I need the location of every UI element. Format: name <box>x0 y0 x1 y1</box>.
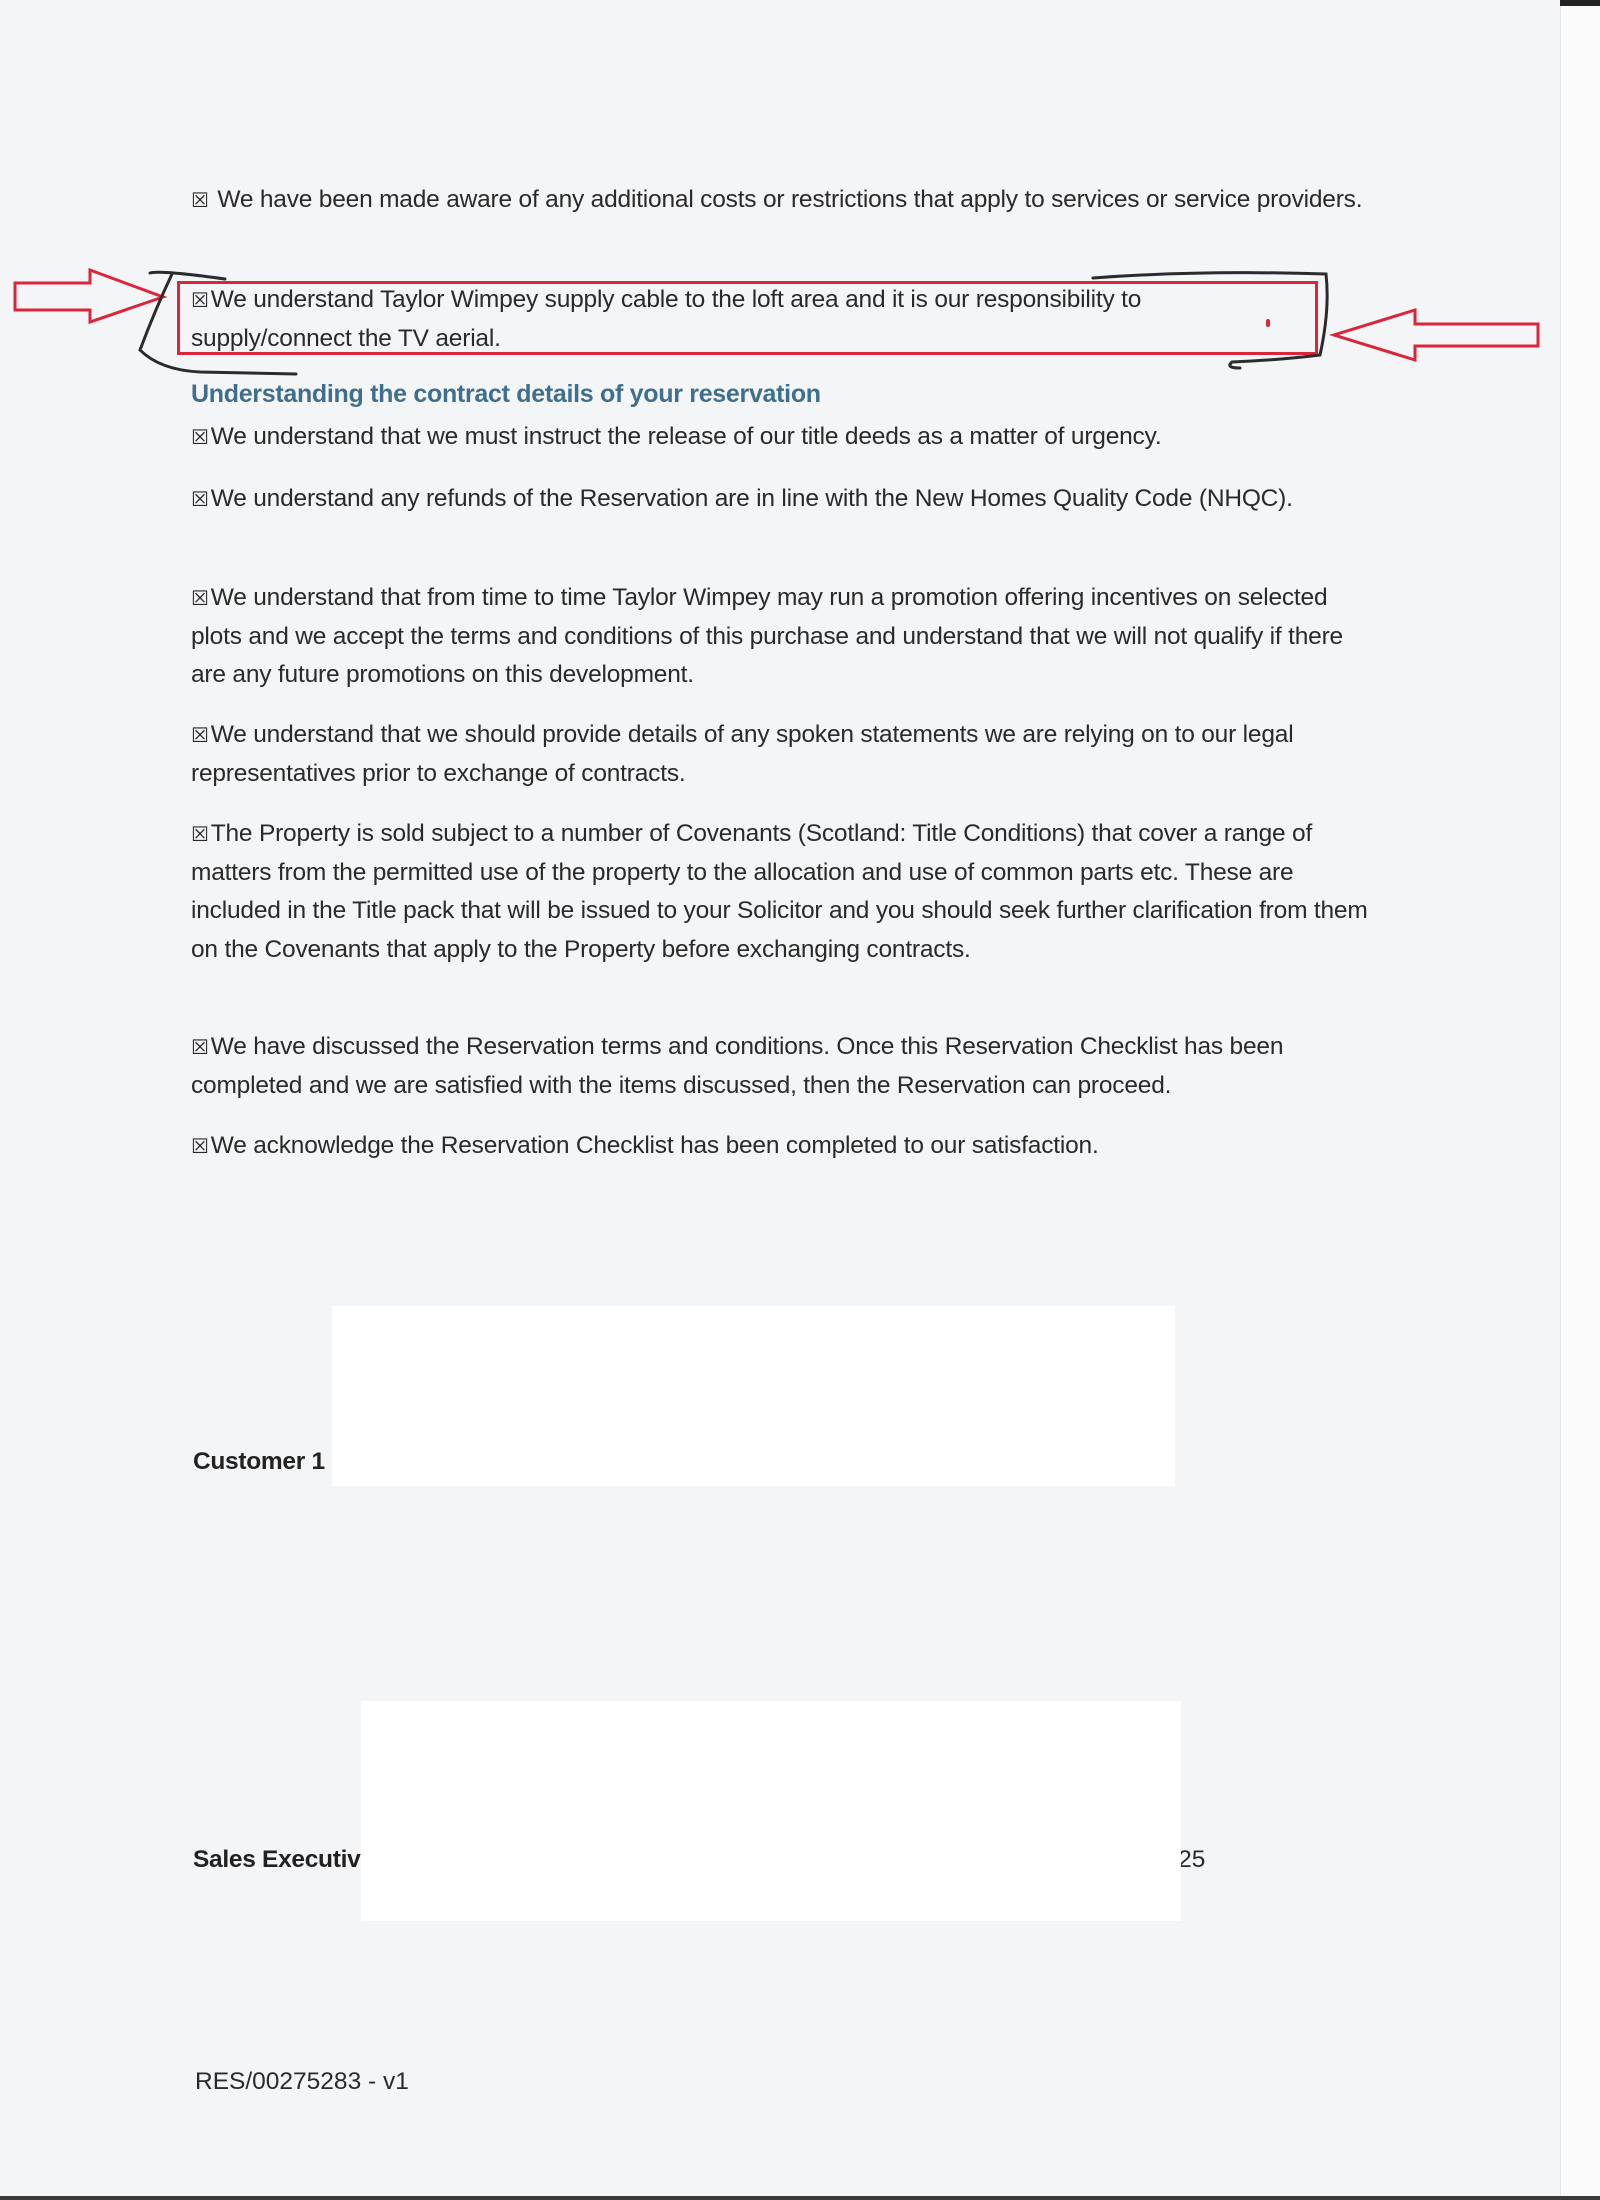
checked-box-icon: ☒ <box>191 425 209 449</box>
checklist-item-title-deeds: ☒We understand that we must instruct the… <box>191 418 1381 457</box>
item-text: We acknowledge the Reservation Checklist… <box>211 1132 1099 1159</box>
checked-box-icon: ☒ <box>191 723 209 747</box>
item-text: The Property is sold subject to a number… <box>191 820 1368 963</box>
sales-executive-signature-label: Sales Executiv <box>193 1846 360 1874</box>
redacted-customer-signature <box>332 1306 1175 1486</box>
item-text: We have discussed the Reservation terms … <box>191 1033 1283 1099</box>
checklist-item-covenants: ☒The Property is sold subject to a numbe… <box>191 815 1381 969</box>
right-arrow-icon <box>15 270 163 322</box>
checked-box-icon: ☒ <box>191 487 209 511</box>
left-arrow-icon <box>1334 310 1538 360</box>
section-heading: Understanding the contract details of yo… <box>191 380 821 409</box>
item-text: We understand that we must instruct the … <box>211 423 1162 450</box>
item-text: We understand that from time to time Tay… <box>191 584 1343 688</box>
item-text: We understand that we should provide det… <box>191 721 1293 787</box>
checklist-item-refunds: ☒We understand any refunds of the Reserv… <box>191 480 1381 519</box>
customer-signature-label: Customer 1 <box>193 1448 325 1476</box>
document-reference: RES/00275283 - v1 <box>195 2068 409 2096</box>
checked-box-icon: ☒ <box>191 1035 209 1059</box>
checklist-item-promotions: ☒We understand that from time to time Ta… <box>191 579 1381 695</box>
checklist-item-terms-discussed: ☒We have discussed the Reservation terms… <box>191 1028 1381 1105</box>
item-text: We understand any refunds of the Reserva… <box>211 485 1293 512</box>
checklist-item-spoken-statements: ☒We understand that we should provide de… <box>191 716 1381 793</box>
checklist-item-acknowledge: ☒We acknowledge the Reservation Checklis… <box>191 1127 1381 1166</box>
redacted-sales-signature <box>361 1701 1181 1921</box>
pen-bracket-right <box>1093 273 1327 368</box>
checked-box-icon: ☒ <box>191 822 209 846</box>
pen-bracket-left <box>140 272 296 374</box>
checked-box-icon: ☒ <box>191 586 209 610</box>
checked-box-icon: ☒ <box>191 1134 209 1158</box>
